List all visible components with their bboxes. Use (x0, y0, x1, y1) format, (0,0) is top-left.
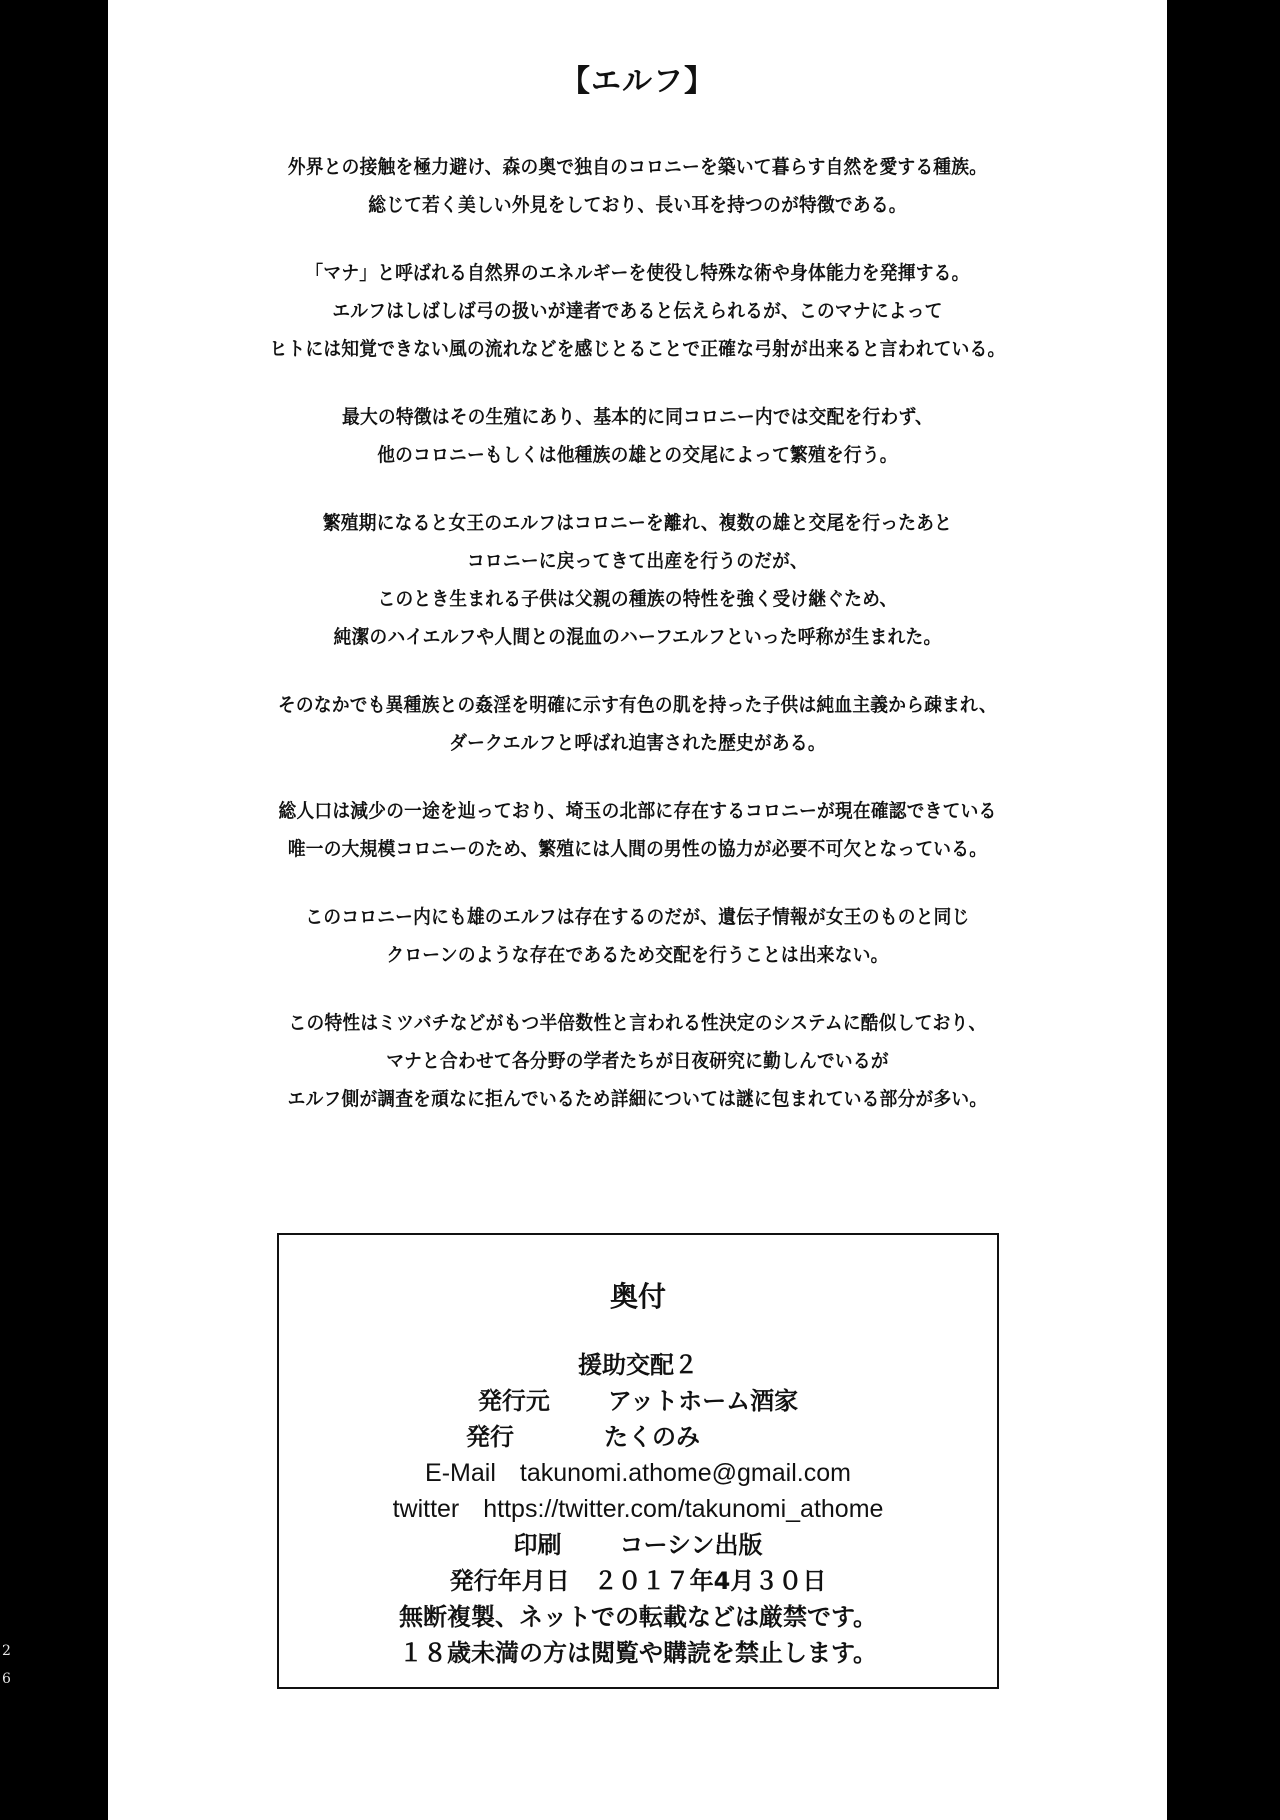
date-value: ２０１７年4月３０日 (594, 1567, 827, 1595)
text-line: そのなかでも異種族との姦淫を明確に示す有色の肌を持った子供は純血主義から疎まれ、 (145, 686, 1130, 724)
colophon-row-date: 発行年月日２０１７年4月３０日 (279, 1563, 997, 1599)
paragraph-breeding-season: 繁殖期になると女王のエルフはコロニーを離れ、複数の雄と交尾を行ったあと コロニー… (108, 504, 1167, 656)
text-line: 繁殖期になると女王のエルフはコロニーを離れ、複数の雄と交尾を行ったあと (145, 504, 1130, 542)
text-line: マナと合わせて各分野の学者たちが日夜研究に勤しんでいるが (145, 1042, 1130, 1080)
paragraph-population: 総人口は減少の一途を辿っており、埼玉の北部に存在するコロニーが現在確認できている… (108, 792, 1167, 868)
article-body: 外界との接触を極力避け、森の奥で独自のコロニーを築いて暮らす自然を愛する種族。 … (108, 148, 1167, 1148)
notice-age-restriction: １８歳未満の方は閲覧や購読を禁止します。 (279, 1635, 997, 1671)
twitter-label: twitter (393, 1491, 460, 1527)
text-line: エルフはしばしば弓の扱いが達者であると伝えられるが、このマナによって (145, 292, 1130, 330)
email-label: E-Mail (425, 1455, 496, 1491)
text-line: このコロニー内にも雄のエルフは存在するのだが、遺伝子情報が女王のものと同じ (145, 898, 1130, 936)
page-title: 【エルフ】 (108, 56, 1167, 100)
text-line: 「マナ」と呼ばれる自然界のエネルギーを使役し特殊な術や身体能力を発揮する。 (145, 254, 1130, 292)
issuer-label: 発行 (466, 1419, 514, 1455)
document-page: 【エルフ】 外界との接触を極力避け、森の奥で独自のコロニーを築いて暮らす自然を愛… (108, 0, 1167, 1820)
paragraph-habitat: 外界との接触を極力避け、森の奥で独自のコロニーを築いて暮らす自然を愛する種族。 … (108, 148, 1167, 224)
issuer-value: たくのみ (604, 1423, 700, 1451)
colophon-row-twitter: twitterhttps://twitter.com/takunomi_atho… (279, 1491, 997, 1527)
text-line: エルフ側が調査を頑なに拒んでいるため詳細については謎に包まれている部分が多い。 (145, 1080, 1130, 1118)
paragraph-mana: 「マナ」と呼ばれる自然界のエネルギーを使役し特殊な術や身体能力を発揮する。 エル… (108, 254, 1167, 368)
publisher-label: 発行元 (478, 1383, 550, 1419)
publisher-value: アットホーム酒家 (608, 1387, 798, 1415)
colophon-details: 援助交配２ 発行元アットホーム酒家 発行たくのみ E-Mailtakunomi.… (279, 1347, 997, 1671)
colophon-row-publisher: 発行元アットホーム酒家 (279, 1383, 997, 1419)
text-line: ダークエルフと呼ばれ迫害された歴史がある。 (145, 724, 1130, 762)
date-label: 発行年月日 (450, 1563, 570, 1599)
text-line: 総人口は減少の一途を辿っており、埼玉の北部に存在するコロニーが現在確認できている (145, 792, 1130, 830)
printer-label: 印刷 (514, 1527, 562, 1563)
email-value[interactable]: takunomi.athome@gmail.com (520, 1459, 851, 1487)
text-line: コロニーに戻ってきて出産を行うのだが、 (145, 542, 1130, 580)
colophon-book-title: 援助交配２ (279, 1347, 997, 1383)
paragraph-research: この特性はミツバチなどがもつ半倍数性と言われる性決定のシステムに酷似しており、 … (108, 1004, 1167, 1118)
paragraph-reproduction: 最大の特徴はその生殖にあり、基本的に同コロニー内では交配を行わず、 他のコロニー… (108, 398, 1167, 474)
text-line: 外界との接触を極力避け、森の奥で独自のコロニーを築いて暮らす自然を愛する種族。 (145, 148, 1130, 186)
notice-no-reproduction: 無断複製、ネットでの転載などは厳禁です。 (279, 1599, 997, 1635)
printer-value: コーシン出版 (620, 1531, 763, 1559)
colophon-heading: 奥付 (279, 1275, 997, 1315)
paragraph-dark-elf: そのなかでも異種族との姦淫を明確に示す有色の肌を持った子供は純血主義から疎まれ、… (108, 686, 1167, 762)
text-line: 唯一の大規模コロニーのため、繁殖には人間の男性の協力が必要不可欠となっている。 (145, 830, 1130, 868)
page-number-digit: 2 (2, 1644, 11, 1658)
page-number-digit: 6 (2, 1672, 11, 1686)
paragraph-male-elves: このコロニー内にも雄のエルフは存在するのだが、遺伝子情報が女王のものと同じ クロ… (108, 898, 1167, 974)
twitter-link[interactable]: https://twitter.com/takunomi_athome (483, 1495, 883, 1523)
text-line: クローンのような存在であるため交配を行うことは出来ない。 (145, 936, 1130, 974)
text-line: ヒトには知覚できない風の流れなどを感じとることで正確な弓射が出来ると言われている… (145, 330, 1130, 368)
text-line: 最大の特徴はその生殖にあり、基本的に同コロニー内では交配を行わず、 (145, 398, 1130, 436)
text-line: 総じて若く美しい外見をしており、長い耳を持つのが特徴である。 (145, 186, 1130, 224)
text-line: このとき生まれる子供は父親の種族の特性を強く受け継ぐため、 (145, 580, 1130, 618)
text-line: 純潔のハイエルフや人間との混血のハーフエルフといった呼称が生まれた。 (145, 618, 1130, 656)
colophon-row-issuer: 発行たくのみ (279, 1419, 997, 1455)
colophon-box: 奥付 援助交配２ 発行元アットホーム酒家 発行たくのみ E-Mailtakuno… (277, 1233, 999, 1689)
colophon-row-email: E-Mailtakunomi.athome@gmail.com (279, 1455, 997, 1491)
text-line: この特性はミツバチなどがもつ半倍数性と言われる性決定のシステムに酷似しており、 (145, 1004, 1130, 1042)
text-line: 他のコロニーもしくは他種族の雄との交尾によって繁殖を行う。 (145, 436, 1130, 474)
colophon-row-printer: 印刷コーシン出版 (279, 1527, 997, 1563)
